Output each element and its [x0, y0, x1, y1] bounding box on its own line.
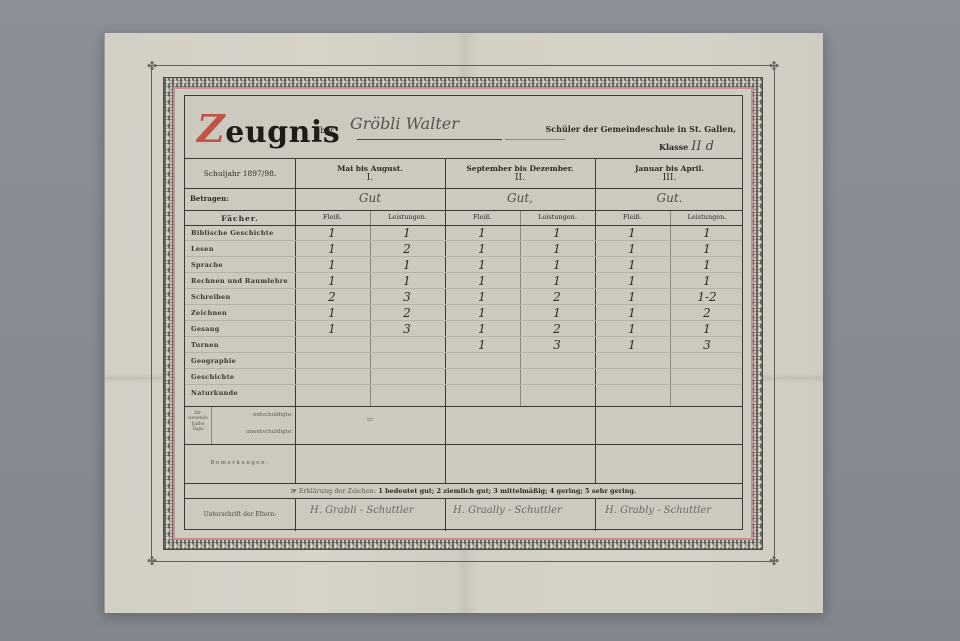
legend-row: ☞ Erklärung der Zeichen: 1 bedeutet gut;…	[185, 484, 742, 499]
grade-fleiss-3: 1	[595, 242, 669, 257]
grade-leistung-1: 3	[370, 322, 444, 337]
subject-row: Schreiben 2 3 1 2 1 1-2	[185, 290, 742, 305]
periods-row: Schuljahr 1897/98. Mai bis August.I. Sep…	[185, 159, 742, 189]
subcol-divider	[211, 407, 212, 444]
title-initial: Z	[197, 106, 225, 151]
corner-ornament-icon: ✤	[767, 554, 781, 568]
grade-fleiss-2: 1	[445, 226, 519, 241]
col-divider	[445, 499, 446, 531]
betragen-period-3: Gut.	[595, 191, 744, 205]
grade-fleiss-1: 2	[295, 290, 369, 305]
col-divider	[295, 499, 296, 531]
col-divider	[595, 499, 596, 531]
subject-row: Sprache 1 1 1 1 1 1	[185, 258, 742, 273]
name-underline	[357, 139, 502, 140]
fleiss-label-2: Fleiß.	[445, 214, 520, 222]
grade-leistung-2: 1	[520, 258, 594, 273]
entschuldigt-label: entschuldigte:	[213, 412, 293, 419]
subject-name: Sprache	[191, 261, 223, 269]
grading-legend: ☞ Erklärung der Zeichen: 1 bedeutet gut;…	[185, 487, 742, 495]
subject-row: Rechnen und Raumlehre 1 1 1 1 1 1	[185, 274, 742, 289]
student-name: Gröbli Walter	[350, 114, 490, 133]
grade-fleiss-3: 1	[595, 274, 669, 289]
grade-fleiss-2: 1	[445, 242, 519, 257]
subject-name: Gesang	[191, 325, 220, 333]
name-underline-extension	[505, 139, 565, 140]
signature-period-3: H. Grably - Schuttler	[605, 505, 711, 516]
subjects-body: Biblische Geschichte 1 1 1 1 1 1 Lesen 1…	[185, 226, 742, 407]
grade-leistung-1: 2	[370, 242, 444, 257]
subject-row: Biblische Geschichte 1 1 1 1 1 1	[185, 226, 742, 241]
subject-name: Turnen	[191, 341, 219, 349]
grade-leistung-3: 1	[670, 274, 744, 289]
subject-name: Biblische Geschichte	[191, 229, 274, 237]
grade-leistung-2: 3	[520, 338, 594, 353]
grade-fleiss-1: 1	[295, 274, 369, 289]
subject-name: Rechnen und Raumlehre	[191, 277, 288, 285]
grade-fleiss-2: 1	[445, 306, 519, 321]
subject-name: Geschichte	[191, 373, 234, 381]
grade-leistung-3: 2	[670, 306, 744, 321]
period-3-name: Januar bis April.	[595, 164, 744, 173]
faecher-label: Fächer.	[185, 214, 295, 223]
grade-fleiss-2: 1	[445, 338, 519, 353]
col-divider	[445, 407, 446, 444]
grade-leistung-1: 1	[370, 258, 444, 273]
absences-side-label: Ab- wesende halbe Tage:	[187, 411, 209, 433]
grade-leistung-1: 2	[370, 306, 444, 321]
grade-leistung-3: 1	[670, 258, 744, 273]
subcol-divider	[670, 211, 671, 225]
absences-period-1: =	[295, 415, 445, 427]
grade-leistung-2: 1	[520, 274, 594, 289]
report-table: Zeugnis über Gröbli Walter Schüler der G…	[184, 95, 743, 530]
signature-period-1: H. Grabli - Schuttler	[310, 505, 414, 516]
subject-name: Naturkunde	[191, 389, 238, 397]
grade-fleiss-1: 1	[295, 258, 369, 273]
corner-ornament-icon: ✤	[767, 59, 781, 73]
period-2-header: September bis Dezember.II.	[445, 164, 595, 184]
subjects-header-row: Fächer. Fleiß. Leistungen. Fleiß. Leistu…	[185, 211, 742, 226]
col-divider	[595, 407, 596, 444]
grade-leistung-1: 1	[370, 274, 444, 289]
grade-fleiss-2: 1	[445, 274, 519, 289]
grade-leistung-1: 1	[370, 226, 444, 241]
grade-leistung-3: 1-2	[670, 290, 744, 305]
subject-row: Turnen 1 3 1 3	[185, 338, 742, 353]
grade-leistung-3: 3	[670, 338, 744, 353]
schuljahr: Schuljahr 1897/98.	[185, 169, 295, 178]
pointing-hand-icon: ☞	[291, 487, 299, 495]
grade-leistung-1: 3	[370, 290, 444, 305]
leistungen-label-2: Leistungen.	[520, 214, 595, 222]
unentschuldigt-label: unentschuldigte:	[213, 429, 293, 436]
betragen-label: Betragen:	[190, 195, 229, 203]
grade-fleiss-1: 1	[295, 306, 369, 321]
period-1-name: Mai bis August.	[295, 164, 445, 173]
grade-leistung-2: 1	[520, 242, 594, 257]
grade-fleiss-1: 1	[295, 322, 369, 337]
signatures-row: Unterschrift der Eltern: H. Grabli - Sch…	[185, 499, 742, 531]
subject-name: Lesen	[191, 245, 214, 253]
subject-row: Geschichte	[185, 370, 742, 385]
bemerkungen-label: Bemerkungen:	[185, 460, 295, 467]
klasse-line: KlasseII d	[659, 139, 714, 154]
signature-period-2: H. Graally - Schuttler	[453, 505, 562, 516]
grade-fleiss-2: 1	[445, 258, 519, 273]
corner-ornament-icon: ✤	[145, 59, 159, 73]
leistungen-label-3: Leistungen.	[670, 214, 744, 222]
col-divider	[445, 445, 446, 483]
subject-name: Zeichnen	[191, 309, 227, 317]
grade-fleiss-3: 1	[595, 290, 669, 305]
period-3-header: Januar bis April.III.	[595, 164, 744, 184]
fleiss-label-1: Fleiß.	[295, 214, 370, 222]
subject-row: Naturkunde	[185, 386, 742, 401]
legend-prefix: Erklärung der Zeichen:	[299, 487, 376, 495]
subject-name: Geographie	[191, 357, 236, 365]
header-row: Zeugnis über Gröbli Walter Schüler der G…	[185, 96, 742, 159]
col-divider	[295, 445, 296, 483]
corner-ornament-icon: ✤	[145, 554, 159, 568]
leistungen-label-1: Leistungen.	[370, 214, 445, 222]
grade-fleiss-2: 1	[445, 290, 519, 305]
grade-leistung-3: 1	[670, 322, 744, 337]
grade-fleiss-1: 1	[295, 226, 369, 241]
remarks-row: Bemerkungen:	[185, 445, 742, 484]
period-1-header: Mai bis August.I.	[295, 164, 445, 184]
klasse-label: Klasse	[659, 142, 688, 152]
grade-fleiss-1: 1	[295, 242, 369, 257]
grade-leistung-2: 1	[520, 306, 594, 321]
klasse-value: II d	[691, 139, 714, 154]
grade-leistung-2: 2	[520, 322, 594, 337]
legend-text: 1 bedeutet gut; 2 ziemlich gut; 3 mittel…	[378, 487, 636, 495]
subject-row: Geographie	[185, 354, 742, 369]
period-1-numeral: I.	[295, 173, 445, 184]
absences-row: Ab- wesende halbe Tage: entschuldigte: u…	[185, 407, 742, 445]
period-2-numeral: II.	[445, 173, 595, 184]
subject-row: Lesen 1 2 1 1 1 1	[185, 242, 742, 257]
subject-row: Zeichnen 1 2 1 1 1 2	[185, 306, 742, 321]
subcol-divider	[520, 211, 521, 225]
report-card-paper: ✤ ✤ ✤ ✤ Zeugnis über Gröbli Walter Schül…	[104, 33, 823, 613]
col-divider	[595, 445, 596, 483]
subject-row: Gesang 1 3 1 2 1 1	[185, 322, 742, 337]
period-2-name: September bis Dezember.	[445, 164, 595, 173]
grade-leistung-2: 1	[520, 226, 594, 241]
grade-leistung-2: 2	[520, 290, 594, 305]
fleiss-label-3: Fleiß.	[595, 214, 670, 222]
grade-leistung-3: 1	[670, 226, 744, 241]
subject-name: Schreiben	[191, 293, 231, 301]
ueber-label: über	[315, 126, 334, 135]
school-line: Schüler der Gemeindeschule in St. Gallen…	[546, 124, 737, 134]
grade-leistung-3: 1	[670, 242, 744, 257]
grade-fleiss-3: 1	[595, 258, 669, 273]
grade-fleiss-3: 1	[595, 306, 669, 321]
betragen-period-1: Gut	[295, 191, 445, 205]
grade-fleiss-3: 1	[595, 338, 669, 353]
subcol-divider	[370, 211, 371, 225]
grade-fleiss-2: 1	[445, 322, 519, 337]
period-3-numeral: III.	[595, 173, 744, 184]
unterschrift-label: Unterschrift der Eltern:	[185, 511, 295, 518]
betragen-row: Betragen: Gut Gut, Gut.	[185, 189, 742, 211]
grade-fleiss-3: 1	[595, 226, 669, 241]
betragen-period-2: Gut,	[445, 191, 595, 205]
grade-fleiss-3: 1	[595, 322, 669, 337]
